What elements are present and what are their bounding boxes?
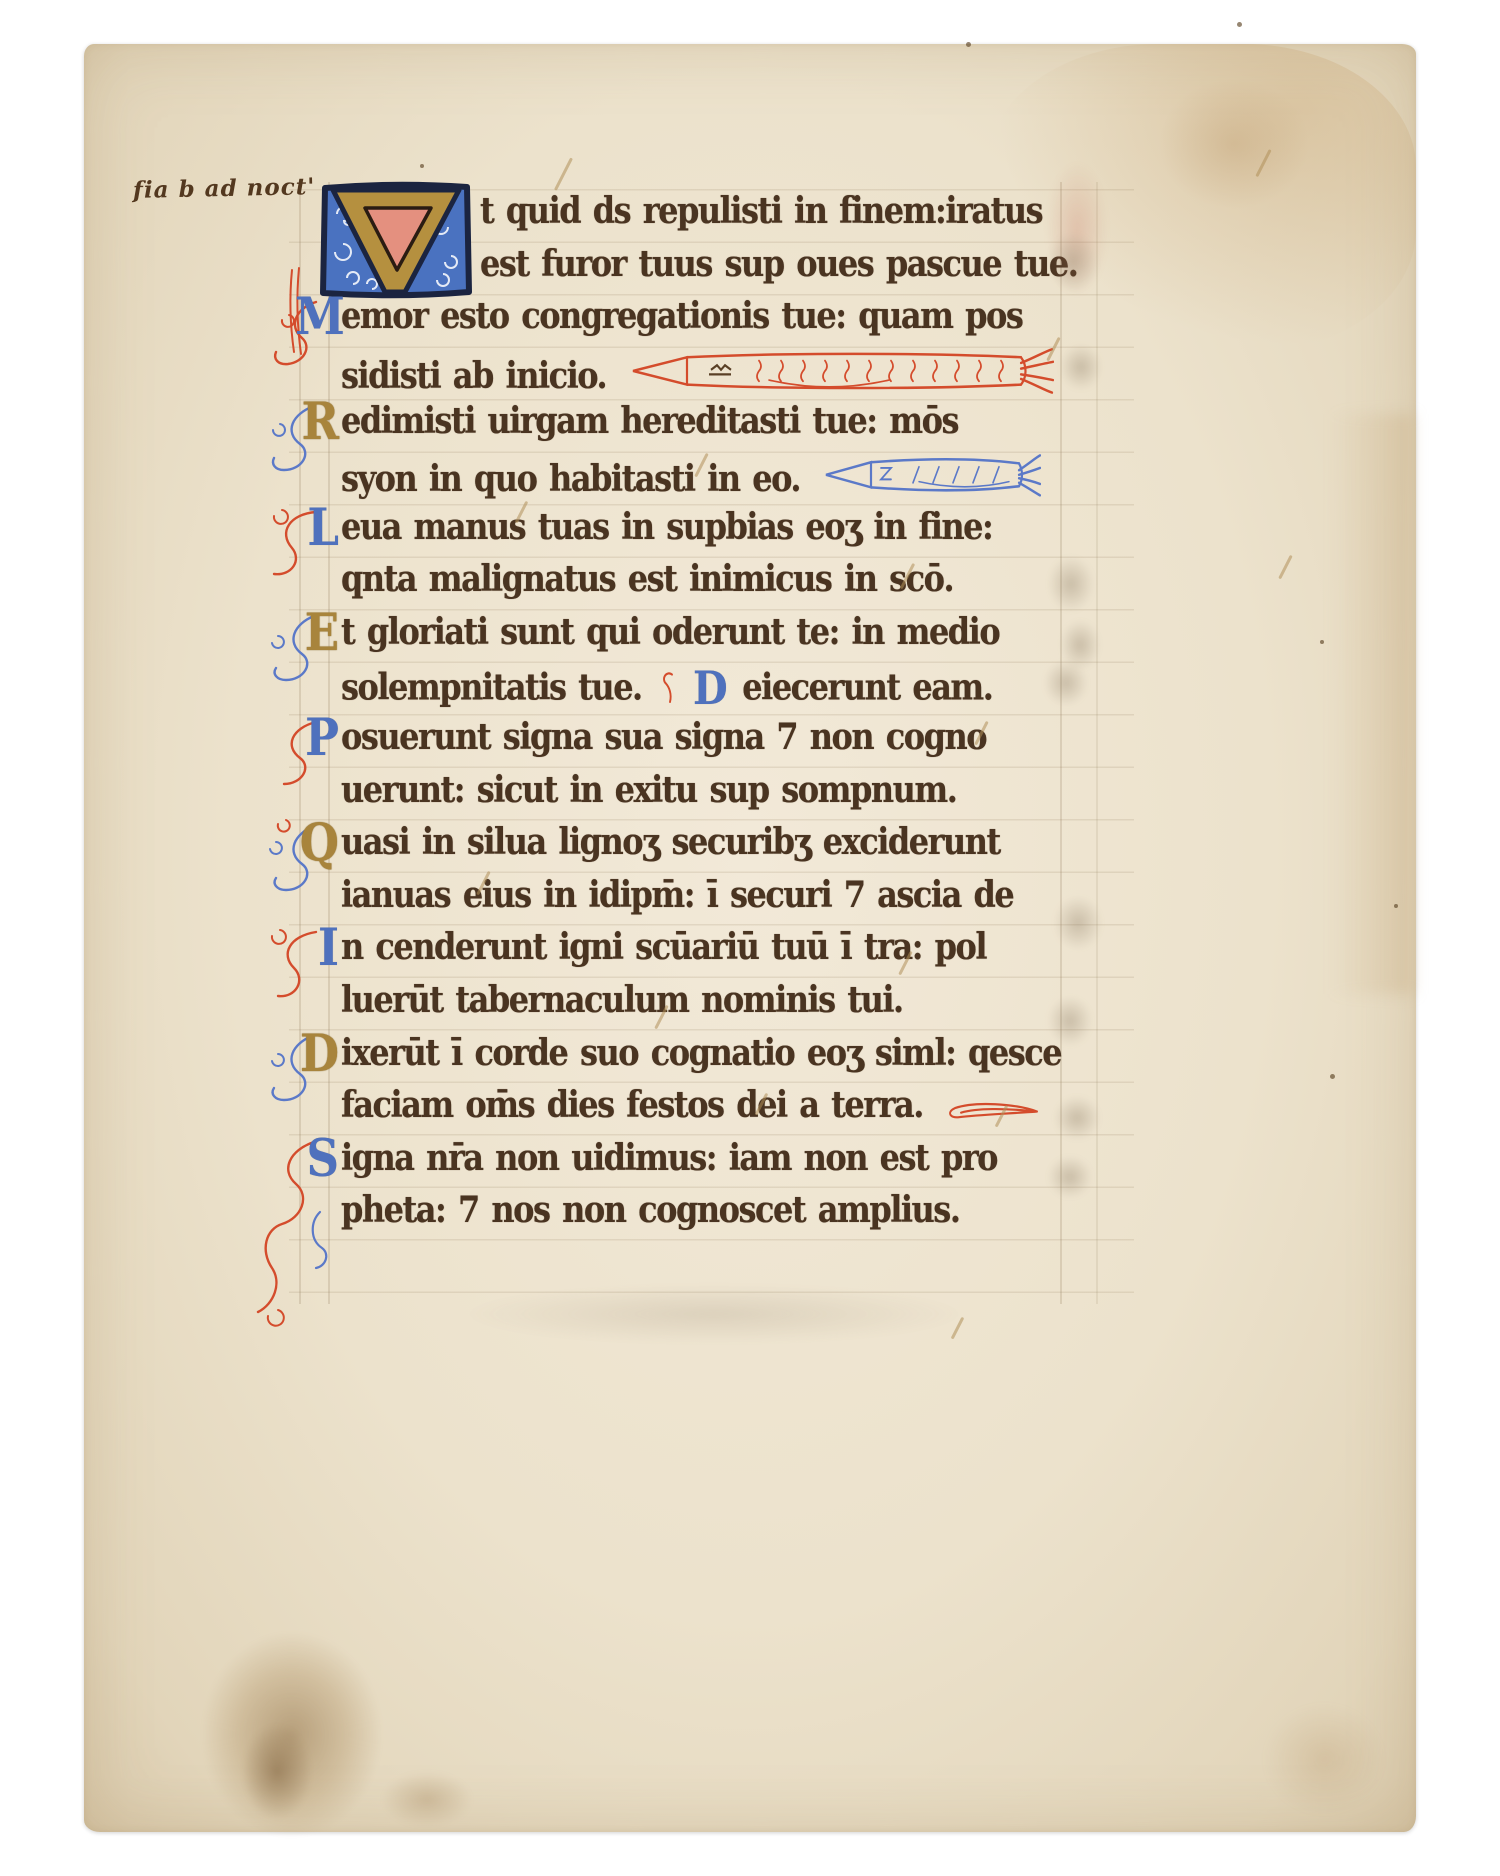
- verse-text: ixerūt ī corde suo cognatio eoʒ siml: qe…: [341, 1031, 1061, 1074]
- verse-text: emor esto congregationis tue: quam pos: [341, 294, 1022, 337]
- versal-initial: I: [295, 917, 339, 977]
- verse-text: solempnitatis tue.: [341, 665, 642, 708]
- verse-text: n cenderunt igni scūariū tuū ī tra: pol: [341, 925, 986, 968]
- versal-initial: P: [295, 707, 339, 767]
- verse-text: eua manus tuas in supbias eoʒ in fine:: [341, 505, 992, 548]
- verse-text: qnta malignatus est inimicus in scō.: [341, 557, 953, 600]
- verse-text: uasi in silua lignoʒ securibʒ exciderunt: [341, 820, 1000, 863]
- verse-text: t quid ds repulisti in finem:iratus: [480, 189, 1042, 232]
- verse-text: sidisti ab inicio.: [341, 354, 606, 397]
- verse-line: uerunt: sicut in exitu sup sompnum.: [341, 768, 956, 825]
- photograph-background: fia b ad noct' V: [0, 0, 1500, 1876]
- verse-text: edimisti uirgam hereditasti tue: mōs: [341, 399, 958, 442]
- verse-line: solempnitatis tue. D eiecerunt eam.: [341, 662, 992, 719]
- versal-initial: D: [295, 1023, 339, 1083]
- speck: [420, 164, 424, 168]
- versal-initial: R: [295, 391, 339, 451]
- verse-line: S igna nr̄a non uidimus: iam non est pro: [341, 1136, 997, 1193]
- verse-text: est furor tuus sup oues pascue tue.: [480, 242, 1077, 285]
- verse-line: faciam om̄s dies festos dei a terra.: [341, 1083, 1040, 1140]
- verse-text: igna nr̄a non uidimus: iam non est pro: [341, 1136, 997, 1179]
- verse-line: t quid ds repulisti in finem:iratus: [480, 189, 1042, 246]
- verse-text: eiecerunt eam.: [742, 665, 992, 708]
- verse-line: ianuas eius in idipm̄: ī securi 7 ascia …: [341, 873, 1013, 930]
- verse-text: osuerunt signa sua signa 7 non cogno: [341, 715, 986, 758]
- manuscript-leaf: fia b ad noct' V: [84, 44, 1416, 1832]
- stain: [1264, 1704, 1384, 1814]
- verse-line: P osuerunt signa sua signa 7 non cogno: [341, 715, 986, 772]
- verse-line: syon in quo habitasti in eo.: [341, 452, 1041, 509]
- verse-line: D ixerūt ī corde suo cognatio eoʒ siml: …: [341, 1031, 1061, 1088]
- verse-line: M emor esto congregationis tue: quam pos: [341, 294, 1022, 351]
- show-through-ghost: [464, 1284, 964, 1344]
- versal-initial: S: [295, 1128, 339, 1188]
- stain: [1329, 414, 1414, 994]
- verse-line: L eua manus tuas in supbias eoʒ in fine:: [341, 505, 992, 562]
- verse-line: E t gloriati sunt qui oderunt te: in med…: [341, 610, 999, 667]
- blue-fish-line-filler: [823, 452, 1041, 498]
- speck: [966, 42, 971, 47]
- stain: [202, 1632, 382, 1837]
- verse-text: uerunt: sicut in exitu sup sompnum.: [341, 768, 956, 811]
- speck: [1394, 904, 1398, 908]
- verse-text: ianuas eius in idipm̄: ī securi 7 ascia …: [341, 873, 1013, 916]
- stain: [242, 1724, 312, 1819]
- versal-initial: Q: [295, 812, 339, 872]
- verse-line: qnta malignatus est inimicus in scō.: [341, 557, 953, 614]
- rubric: fia b ad noct': [133, 173, 316, 204]
- verse-text: syon in quo habitasti in eo.: [341, 457, 800, 500]
- scratch-mark: [554, 157, 573, 190]
- verse-line: I n cenderunt igni scūariū tuū ī tra: po…: [341, 925, 986, 982]
- verse-line: pheta: 7 nos non cognoscet amplius.: [341, 1188, 959, 1245]
- scratch-mark: [951, 1317, 964, 1340]
- stain: [1159, 79, 1309, 209]
- speck: [1320, 640, 1324, 644]
- speck: [1330, 1074, 1335, 1079]
- text-block: t quid ds repulisti in finem:iratus est …: [329, 189, 1119, 1249]
- scratch-mark: [1255, 149, 1271, 177]
- speck: [1237, 22, 1242, 27]
- verse-line: est furor tuus sup oues pascue tue.: [480, 242, 1077, 299]
- verse-text: faciam om̄s dies festos dei a terra.: [341, 1083, 923, 1126]
- verse-line: Q uasi in silua lignoʒ securibʒ excideru…: [341, 820, 1000, 877]
- scratch-mark: [1278, 555, 1292, 579]
- versal-initial: L: [295, 497, 339, 557]
- versal-initial: E: [295, 602, 339, 662]
- verse-text: t gloriati sunt qui oderunt te: in medio: [341, 610, 999, 653]
- verse-line: luerūt tabernaculum nominis tui.: [341, 978, 903, 1035]
- midline-versal-initial: D: [693, 662, 728, 716]
- red-scroll-line-filler: [945, 1099, 1040, 1124]
- stain: [382, 1772, 472, 1827]
- verse-line: R edimisti uirgam hereditasti tue: mōs: [341, 399, 958, 456]
- versal-initial: M: [295, 286, 339, 346]
- verse-text: pheta: 7 nos non cognoscet amplius.: [341, 1188, 959, 1231]
- verse-text: luerūt tabernaculum nominis tui.: [341, 978, 903, 1021]
- verse-line: sidisti ab inicio.: [341, 347, 1054, 404]
- red-fish-line-filler: [629, 347, 1054, 395]
- paraph-mark: [660, 668, 676, 707]
